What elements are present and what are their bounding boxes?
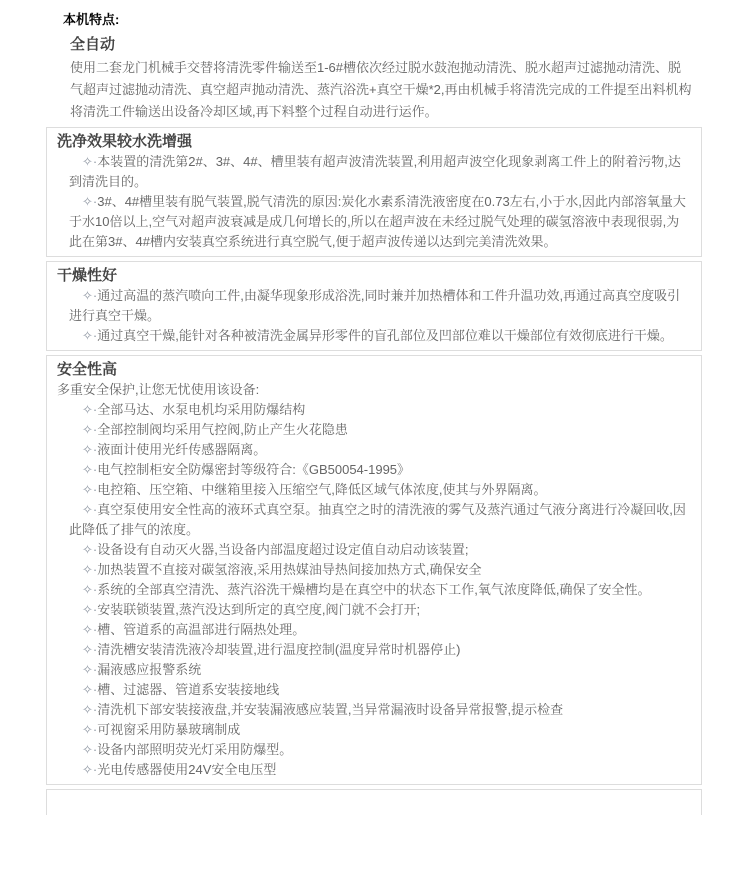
diamond-bullet-icon: ✧· [82, 722, 97, 737]
feature-box-intro: 多重安全保护,让您无忧使用该设备: [57, 380, 691, 400]
section-fully-automatic: 全自动 使用二套龙门机械手交替将清洗零件输送至1-6#槽依次经过脱水鼓泡抛动清洗… [70, 36, 692, 123]
feature-bullet: ✧·设备设有自动灭火器,当设备内部温度超过设定值自动启动该装置; [69, 540, 691, 560]
feature-bullet: ✧·通过高温的蒸汽喷向工件,由凝华现象形成浴洗,同时兼并加热槽体和工件升温功效,… [69, 286, 691, 326]
diamond-bullet-icon: ✧· [82, 762, 97, 777]
diamond-bullet-icon: ✧· [82, 402, 97, 417]
diamond-bullet-icon: ✧· [82, 442, 97, 457]
diamond-bullet-icon: ✧· [82, 642, 97, 657]
next-section-box [46, 789, 702, 815]
bullet-text: 清洗机下部安装接液盘,并安装漏液感应装置,当异常漏液时设备异常报警,提示检查 [97, 702, 563, 717]
bullet-text: 槽、过滤器、管道系安装接地线 [97, 682, 279, 697]
diamond-bullet-icon: ✧· [82, 622, 97, 637]
bullet-list: ✧·通过高温的蒸汽喷向工件,由凝华现象形成浴洗,同时兼并加热槽体和工件升温功效,… [57, 286, 691, 346]
bullet-text: 可视窗采用防暴玻璃制成 [97, 722, 240, 737]
section-paragraph: 使用二套龙门机械手交替将清洗零件输送至1-6#槽依次经过脱水鼓泡抛动清洗、脱水超… [70, 57, 692, 123]
diamond-bullet-icon: ✧· [82, 682, 97, 697]
feature-box-heading: 干燥性好 [57, 266, 691, 286]
bullet-text: 通过高温的蒸汽喷向工件,由凝华现象形成浴洗,同时兼并加热槽体和工件升温功效,再通… [69, 288, 680, 323]
bullet-text: 光电传感器使用24V安全电压型 [97, 762, 276, 777]
page-title: 本机特点: [63, 12, 745, 28]
bullet-text: 本装置的清洗第2#、3#、4#、槽里装有超声波清洗装置,利用超声波空化现象剥离工… [69, 154, 681, 189]
feature-bullet: ✧·加热装置不直接对碳氢溶液,采用热媒油导热间接加热方式,确保安全 [69, 560, 691, 580]
diamond-bullet-icon: ✧· [82, 562, 97, 577]
bullet-text: 设备内部照明荧光灯采用防爆型。 [97, 742, 292, 757]
diamond-bullet-icon: ✧· [82, 194, 97, 209]
bullet-text: 清洗槽安装清洗液冷却装置,进行温度控制(温度异常时机器停止) [97, 642, 460, 657]
feature-bullet: ✧·电控箱、压空箱、中继箱里接入压缩空气,降低区域气体浓度,使其与外界隔离。 [69, 480, 691, 500]
bullet-text: 电气控制柜安全防爆密封等级符合:《GB50054-1995》 [97, 462, 410, 477]
feature-bullet: ✧·3#、4#槽里装有脱气装置,脱气清洗的原因:炭化水素系清洗液密度在0.73左… [69, 192, 691, 252]
bullet-text: 全部马达、水泵电机均采用防爆结构 [97, 402, 305, 417]
bullet-text: 加热装置不直接对碳氢溶液,采用热媒油导热间接加热方式,确保安全 [97, 562, 481, 577]
feature-bullet: ✧·全部控制阀均采用气控阀,防止产生火花隐患 [69, 420, 691, 440]
bullet-text: 真空泵使用安全性高的液环式真空泵。抽真空之时的清洗液的雾气及蒸汽通过气液分离进行… [69, 502, 686, 537]
bullet-text: 3#、4#槽里装有脱气装置,脱气清洗的原因:炭化水素系清洗液密度在0.73左右,… [69, 194, 686, 249]
diamond-bullet-icon: ✧· [82, 542, 97, 557]
bullet-text: 漏液感应报警系统 [97, 662, 201, 677]
diamond-bullet-icon: ✧· [82, 602, 97, 617]
bullet-text: 电控箱、压空箱、中继箱里接入压缩空气,降低区域气体浓度,使其与外界隔离。 [97, 482, 546, 497]
feature-bullet: ✧·安装联锁装置,蒸汽没达到所定的真空度,阀门就不会打开; [69, 600, 691, 620]
feature-bullet: ✧·槽、过滤器、管道系安装接地线 [69, 680, 691, 700]
diamond-bullet-icon: ✧· [82, 702, 97, 717]
feature-bullet: ✧·可视窗采用防暴玻璃制成 [69, 720, 691, 740]
diamond-bullet-icon: ✧· [82, 502, 97, 517]
diamond-bullet-icon: ✧· [82, 328, 97, 343]
feature-bullet: ✧·设备内部照明荧光灯采用防爆型。 [69, 740, 691, 760]
diamond-bullet-icon: ✧· [82, 662, 97, 677]
bullet-list: ✧·全部马达、水泵电机均采用防爆结构 ✧·全部控制阀均采用气控阀,防止产生火花隐… [57, 400, 691, 780]
feature-box-heading: 洗净效果较水洗增强 [57, 132, 691, 152]
bullet-text: 槽、管道系的高温部进行隔热处理。 [97, 622, 305, 637]
diamond-bullet-icon: ✧· [82, 422, 97, 437]
diamond-bullet-icon: ✧· [82, 742, 97, 757]
diamond-bullet-icon: ✧· [82, 154, 97, 169]
bullet-list: ✧·本装置的清洗第2#、3#、4#、槽里装有超声波清洗装置,利用超声波空化现象剥… [57, 152, 691, 252]
bullet-text: 设备设有自动灭火器,当设备内部温度超过设定值自动启动该装置; [97, 542, 468, 557]
diamond-bullet-icon: ✧· [82, 462, 97, 477]
feature-bullet: ✧·清洗槽安装清洗液冷却装置,进行温度控制(温度异常时机器停止) [69, 640, 691, 660]
feature-bullet: ✧·液面计使用光纤传感器隔离。 [69, 440, 691, 460]
feature-box: 干燥性好 ✧·通过高温的蒸汽喷向工件,由凝华现象形成浴洗,同时兼并加热槽体和工件… [46, 261, 702, 351]
bullet-text: 液面计使用光纤传感器隔离。 [97, 442, 266, 457]
content-area: 本机特点: 全自动 使用二套龙门机械手交替将清洗零件输送至1-6#槽依次经过脱水… [0, 0, 745, 815]
bullet-text: 全部控制阀均采用气控阀,防止产生火花隐患 [97, 422, 348, 437]
bullet-text: 通过真空干燥,能针对各种被清洗金属异形零件的盲孔部位及凹部位难以干燥部位有效彻底… [97, 328, 673, 343]
diamond-bullet-icon: ✧· [82, 582, 97, 597]
feature-bullet: ✧·系统的全部真空清洗、蒸汽浴洗干燥槽均是在真空中的状态下工作,氧气浓度降低,确… [69, 580, 691, 600]
feature-bullet: ✧·全部马达、水泵电机均采用防爆结构 [69, 400, 691, 420]
feature-bullet: ✧·电气控制柜安全防爆密封等级符合:《GB50054-1995》 [69, 460, 691, 480]
diamond-bullet-icon: ✧· [82, 288, 97, 303]
feature-box: 安全性高 多重安全保护,让您无忧使用该设备: ✧·全部马达、水泵电机均采用防爆结… [46, 355, 702, 785]
feature-bullet: ✧·槽、管道系的高温部进行隔热处理。 [69, 620, 691, 640]
feature-box-heading: 安全性高 [57, 360, 691, 380]
feature-bullet: ✧·真空泵使用安全性高的液环式真空泵。抽真空之时的清洗液的雾气及蒸汽通过气液分离… [69, 500, 691, 540]
feature-bullet: ✧·漏液感应报警系统 [69, 660, 691, 680]
section-heading: 全自动 [70, 36, 692, 54]
feature-box: 洗净效果较水洗增强 ✧·本装置的清洗第2#、3#、4#、槽里装有超声波清洗装置,… [46, 127, 702, 257]
feature-bullet: ✧·本装置的清洗第2#、3#、4#、槽里装有超声波清洗装置,利用超声波空化现象剥… [69, 152, 691, 192]
feature-boxes: 洗净效果较水洗增强 ✧·本装置的清洗第2#、3#、4#、槽里装有超声波清洗装置,… [46, 127, 745, 785]
feature-bullet: ✧·清洗机下部安装接液盘,并安装漏液感应装置,当异常漏液时设备异常报警,提示检查 [69, 700, 691, 720]
feature-bullet: ✧·光电传感器使用24V安全电压型 [69, 760, 691, 780]
bullet-text: 安装联锁装置,蒸汽没达到所定的真空度,阀门就不会打开; [97, 602, 420, 617]
feature-bullet: ✧·通过真空干燥,能针对各种被清洗金属异形零件的盲孔部位及凹部位难以干燥部位有效… [69, 326, 691, 346]
bullet-text: 系统的全部真空清洗、蒸汽浴洗干燥槽均是在真空中的状态下工作,氧气浓度降低,确保了… [97, 582, 650, 597]
diamond-bullet-icon: ✧· [82, 482, 97, 497]
